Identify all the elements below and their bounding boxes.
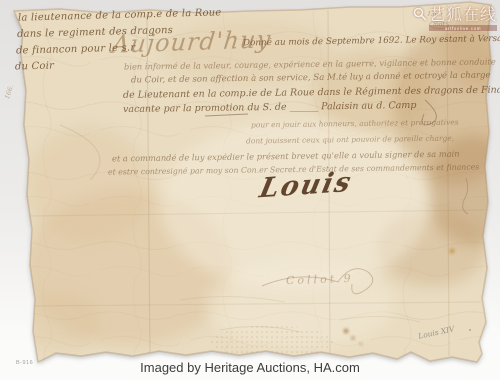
parchment-document [0, 0, 500, 380]
watermark-url-text: artfoxlive.com [429, 25, 497, 31]
image-caption: Imaged by Heritage Auctions, HA.com [0, 360, 500, 375]
artfox-watermark: 艺狐在线 artfoxlive.com [413, 7, 497, 31]
auction-photo-frame: la lieutenance de la comp.e de la Roue d… [0, 0, 500, 380]
watermark-text-block: 艺狐在线 artfoxlive.com [429, 7, 497, 31]
magnifier-icon [413, 7, 427, 21]
parchment-stains [0, 0, 500, 380]
watermark-brand-text: 艺狐在线 [429, 7, 497, 25]
